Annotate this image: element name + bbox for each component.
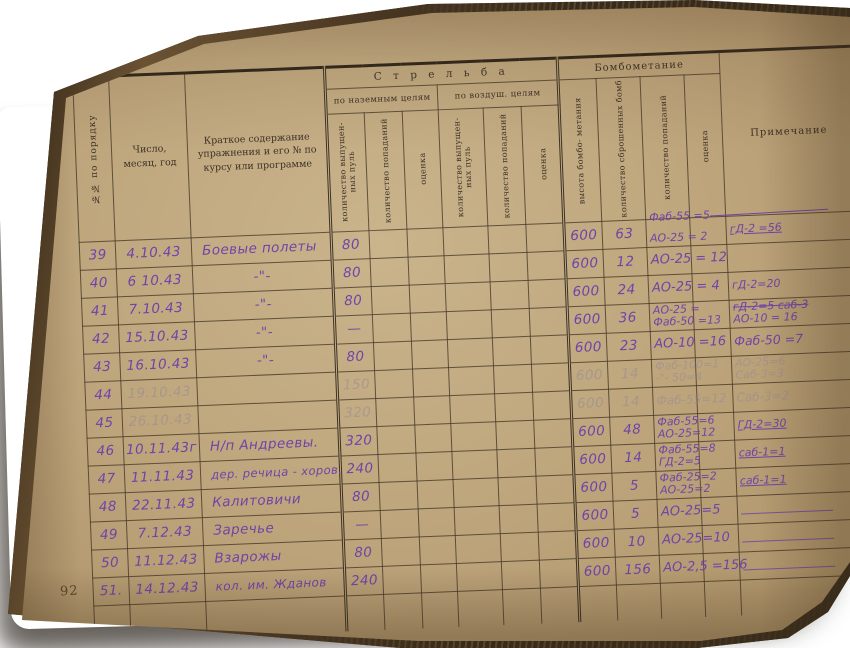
cell-hits-air	[499, 504, 538, 534]
cell-row-number: 42	[83, 324, 120, 353]
cell-bullets-air	[450, 393, 496, 423]
cell-bomb-altitude: 600	[568, 333, 607, 363]
cell-bombs-dropped: 63	[602, 219, 647, 249]
cell-bombs-dropped: 48	[610, 415, 655, 445]
cell-bullets-air	[446, 309, 492, 339]
cell-bullets-air	[456, 561, 502, 591]
cell-score-ground	[410, 311, 447, 340]
cell-bullets-ground: —	[342, 510, 381, 540]
cell-bomb-altitude: 600	[572, 417, 611, 447]
cell-date: 15.10.43	[119, 321, 196, 352]
header-hits-air: количество попаданий	[483, 106, 526, 225]
cell-row-number: 43	[84, 352, 121, 381]
cell-score-ground	[413, 367, 450, 396]
cell-hits-air	[491, 308, 530, 338]
cell-row-number: 48	[89, 492, 126, 521]
cell-hits-air	[501, 560, 540, 590]
cell-score-air	[530, 334, 569, 364]
cell-bullets-air	[451, 421, 497, 451]
cell-bullets-air	[453, 477, 499, 507]
header-note: Примечание	[719, 46, 850, 216]
cell-date: 16.10.43	[120, 349, 197, 380]
cell-date: 19.10.43	[121, 377, 198, 408]
cell-date: 10.11.43г	[123, 433, 200, 464]
cell-hits-air	[489, 252, 528, 282]
cell-score-air	[539, 558, 578, 588]
cell-bullets-ground: 240	[340, 454, 379, 484]
cell-row-number: 50	[92, 548, 129, 577]
cell-hits-ground	[369, 229, 408, 259]
header-exercise: Краткое содержание упражнения и его № по…	[184, 67, 330, 237]
cell-row-number: 39	[79, 240, 116, 269]
cell-bullets-air	[454, 505, 500, 535]
cell-bullets-air	[447, 337, 493, 367]
cell-score-ground	[416, 451, 453, 480]
cell-row-number: 51.	[93, 576, 130, 605]
cell-bullets-air	[443, 226, 489, 256]
header-hits-ground: количество попаданий	[364, 111, 407, 230]
cell-bomb-hits: Фаб-55=8ГД-2=5	[655, 441, 700, 471]
cell-bomb-altitude: 600	[569, 361, 608, 391]
cell-date: 4.10.43	[115, 237, 192, 268]
cell-bomb-altitude: 600	[575, 501, 614, 531]
stub-cell	[384, 592, 423, 629]
cell-hits-air	[498, 476, 537, 506]
header-bullets-fired-air: количество выпущен- ных пуль	[438, 108, 488, 227]
stub-cell	[502, 588, 541, 625]
cell-note: саб-1=1	[735, 434, 850, 467]
cell-bombs-dropped: 24	[604, 275, 649, 305]
ink-underline	[742, 538, 834, 543]
ink-underline	[741, 510, 833, 515]
cell-bomb-altitude: 600	[574, 473, 613, 503]
cell-bomb-altitude: 600	[567, 305, 606, 335]
header-date: Число, месяц, год	[109, 73, 192, 241]
cell-row-number: 47	[88, 464, 125, 493]
header-row-number: №№ по порядку	[73, 76, 116, 242]
cell-bomb-hits: АО-10 =16	[650, 329, 695, 359]
cell-bullets-ground: 80	[332, 258, 371, 288]
cell-score-ground	[419, 535, 456, 564]
cell-bombs-dropped: 36	[605, 303, 650, 333]
cell-score-air	[529, 306, 568, 336]
cell-bullets-air	[448, 365, 494, 395]
header-score-ground: оценка	[402, 110, 443, 229]
cell-score-ground	[408, 255, 445, 284]
stub-cell	[660, 581, 705, 619]
header-bomb-altitude: высота бомбо- метания	[558, 78, 602, 222]
cell-bombs-dropped: 14	[611, 443, 656, 473]
stub-cell	[422, 591, 459, 628]
cell-bomb-altitude: 600	[564, 221, 603, 251]
cell-score-air	[534, 418, 573, 448]
cell-bullets-ground: 320	[338, 398, 377, 428]
cell-date: 26.10.43	[122, 405, 199, 436]
cell-bomb-hits: Фаб-25=2АО-25=2	[656, 469, 701, 499]
cell-bullets-air	[444, 254, 490, 284]
cell-score-air	[528, 278, 567, 308]
cell-score-air	[533, 390, 572, 420]
cell-bomb-hits: АО-25 =Фаб-50 =13	[649, 301, 694, 331]
cell-bullets-ground: —	[334, 314, 373, 344]
cell-hits-ground	[371, 285, 410, 315]
cell-hits-ground	[370, 257, 409, 287]
cell-bullets-ground: 80	[343, 538, 382, 568]
cell-hits-air	[490, 280, 529, 310]
cell-bullets-air	[445, 281, 491, 311]
header-score-air: оценка	[521, 105, 564, 224]
cell-row-number: 40	[80, 268, 117, 297]
stub-cell	[94, 604, 131, 641]
cell-score-ground	[414, 395, 451, 424]
cell-row-number: 49	[90, 520, 127, 549]
cell-note: саб-1=1	[736, 462, 850, 495]
cell-hits-ground	[372, 313, 411, 343]
cell-note	[738, 518, 850, 551]
cell-bombs-dropped: 14	[609, 387, 654, 417]
cell-score-ground	[418, 507, 455, 536]
cell-bullets-air	[452, 449, 498, 479]
cell-bomb-hits: Фаб-55=12	[652, 385, 697, 415]
cell-hits-ground	[376, 397, 415, 427]
cell-bullets-air	[455, 533, 501, 563]
cell-date: 6 10.43	[116, 265, 193, 296]
cell-note	[739, 546, 850, 579]
cell-date: 11.11.43	[124, 461, 201, 492]
cell-bombs-dropped: 23	[606, 331, 651, 361]
cell-score-air	[527, 250, 566, 280]
cell-score-air	[538, 530, 577, 560]
cell-bomb-hits: АО-25 = 12	[647, 245, 692, 275]
cell-bullets-ground: 80	[331, 230, 370, 260]
cell-score-air	[537, 502, 576, 532]
header-bullets-fired-ground: количество выпущен- ных пуль	[326, 113, 369, 232]
scanned-logbook-photo: №№ по порядку Число, месяц, год Краткое …	[0, 0, 850, 648]
cell-bombs-dropped: 12	[603, 247, 648, 277]
cell-row-number: 41	[81, 296, 118, 325]
logbook-page: №№ по порядку Число, месяц, год Краткое …	[0, 0, 850, 648]
cell-hits-ground	[381, 537, 420, 567]
cell-bomb-hits: АО-25=5	[657, 497, 702, 527]
table-wrapper: №№ по порядку Число, месяц, год Краткое …	[72, 45, 850, 642]
cell-date: 22.11.43	[125, 489, 202, 520]
ink-underline	[743, 566, 835, 571]
cell-date: 7.10.43	[117, 293, 194, 324]
stub-cell	[346, 594, 385, 631]
cell-hits-ground	[379, 481, 418, 511]
cell-hits-air	[500, 532, 539, 562]
cell-bombs-dropped: 156	[615, 555, 660, 585]
cell-bomb-hits: АО-25=10	[658, 525, 703, 555]
cell-bullets-ground: 80	[333, 286, 372, 316]
cell-bombs-dropped: 5	[613, 499, 658, 529]
cell-bomb-altitude: 600	[571, 389, 610, 419]
header-bombs-dropped: количество сброшенных бомб	[596, 77, 646, 221]
cell-hits-ground	[377, 425, 416, 455]
cell-hits-ground	[380, 509, 419, 539]
cell-bombs-dropped: 5	[612, 471, 657, 501]
cell-bombs-dropped: 10	[614, 527, 659, 557]
cell-bomb-hits: АО-2,5 =156	[659, 553, 704, 583]
cell-bomb-altitude: 600	[573, 445, 612, 475]
cell-score-air	[535, 446, 574, 476]
cell-score-air	[526, 222, 565, 252]
cell-hits-air	[497, 448, 536, 478]
cell-bomb-hits: АО-25 = 4	[648, 273, 693, 303]
stub-cell	[130, 601, 207, 640]
stub-cell	[578, 585, 617, 622]
cell-score-ground	[409, 283, 446, 312]
cell-bomb-altitude: 600	[566, 277, 605, 307]
stub-cell	[540, 586, 579, 623]
cell-bomb-hits: Фаб-55=6АО-25=12	[654, 413, 699, 443]
cell-score-ground	[407, 227, 444, 256]
cell-score-air	[531, 362, 570, 392]
cell-row-number: 44	[85, 380, 122, 409]
cell-hits-air	[488, 224, 527, 254]
flight-log-table: №№ по порядку Число, месяц, год Краткое …	[72, 45, 850, 642]
cell-date: 11.12.43	[127, 545, 204, 576]
cell-hits-ground	[382, 565, 421, 595]
cell-note: ГД-2=30	[734, 406, 850, 439]
cell-row-number: 45	[86, 408, 123, 437]
cell-bullets-ground: 150	[337, 370, 376, 400]
cell-hits-air	[492, 336, 531, 366]
stub-cell	[704, 580, 741, 617]
cell-bomb-altitude: 600	[565, 249, 604, 279]
cell-score-ground	[420, 563, 457, 592]
cell-score-ground	[417, 479, 454, 508]
header-bomb-hits: количество попаданий	[640, 75, 690, 219]
cell-bomb-altitude: 600	[576, 529, 615, 559]
cell-bombs-dropped: 14	[607, 359, 652, 389]
cell-hits-air	[495, 392, 534, 422]
cell-bullets-ground: 80	[335, 342, 374, 372]
cell-hits-ground	[373, 341, 412, 371]
cell-score-ground	[411, 339, 448, 368]
cell-bomb-hits: Фаб-55 =5АО-25 = 2	[646, 217, 691, 247]
cell-bullets-ground: 80	[341, 482, 380, 512]
cell-date: 14.12.43	[129, 573, 206, 604]
cell-note	[737, 490, 850, 523]
cell-hits-ground	[378, 453, 417, 483]
cell-bullets-ground: 320	[339, 426, 378, 456]
cell-hits-ground	[375, 369, 414, 399]
cell-hits-air	[493, 364, 532, 394]
cell-date: 7.12.43	[126, 517, 203, 548]
cell-score-air	[536, 474, 575, 504]
cell-hits-air	[496, 420, 535, 450]
cell-bomb-hits: Фаб-100=1-"- 50=4	[651, 357, 696, 387]
page-number: 92	[60, 584, 79, 600]
cell-row-number: 46	[87, 436, 124, 465]
header-bomb-score: оценка	[684, 73, 726, 217]
cell-score-ground	[415, 423, 452, 452]
stub-cell	[457, 589, 503, 627]
cell-bomb-altitude: 600	[577, 557, 616, 587]
stub-cell	[616, 583, 661, 621]
cell-bullets-ground: 240	[344, 566, 383, 596]
